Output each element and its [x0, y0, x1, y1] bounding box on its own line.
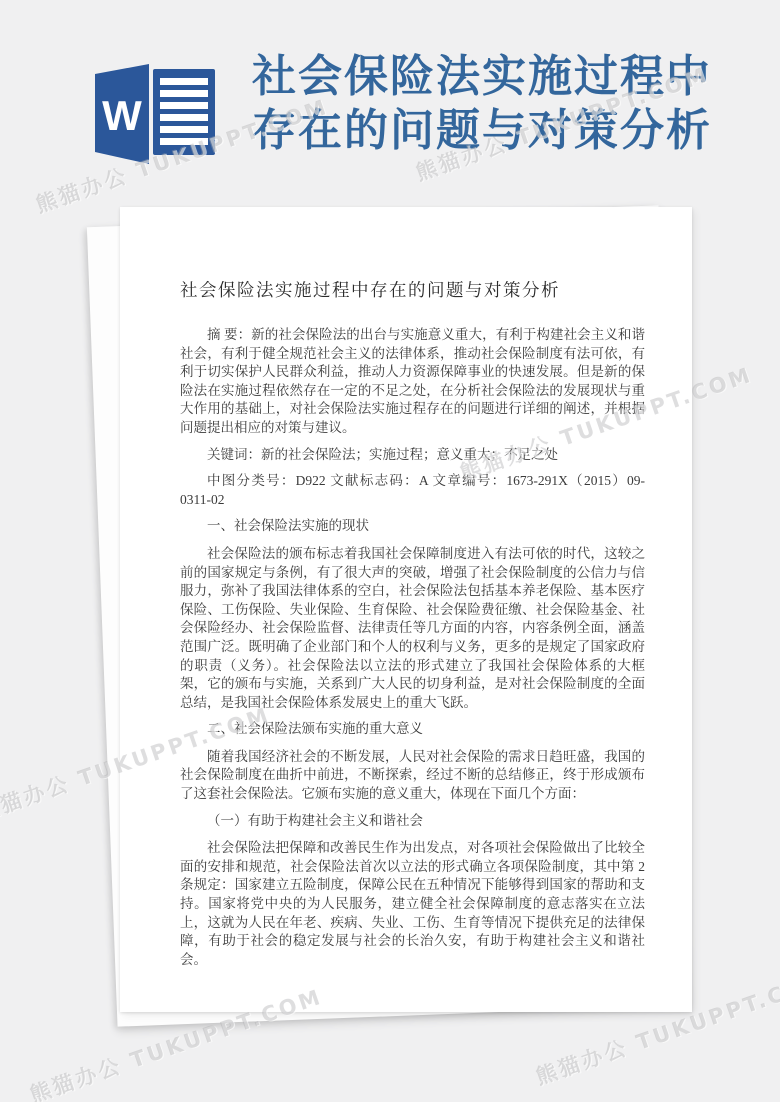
word-icon-letter: W	[102, 92, 142, 139]
document-body: 社会保险法实施过程中存在的问题与对策分析 摘 要：新的社会保险法的出台与实施意义…	[120, 207, 692, 969]
document-title: 社会保险法实施过程中存在的问题与对策分析	[180, 277, 645, 302]
doc-paragraph-keywords: 关键词：新的社会保险法；实施过程；意义重大；不足之处	[180, 446, 645, 465]
header-title-line1: 社会保险法实施过程中	[252, 50, 722, 104]
doc-paragraph: 随着我国经济社会的不断发展，人民对社会保险的需求日趋旺盛，我国的社会保险制度在曲…	[180, 748, 645, 804]
doc-heading-section-1: 一、社会保险法实施的现状	[180, 517, 645, 536]
page-header: W 社会保险法实施过程中 存在的问题与对策分析	[0, 0, 780, 180]
paper-sheet: 社会保险法实施过程中存在的问题与对策分析 摘 要：新的社会保险法的出台与实施意义…	[120, 207, 692, 1012]
doc-paragraph-classification: 中图分类号：D922 文献标志码：A 文章编号：1673-291X（2015）0…	[180, 472, 645, 509]
header-title: 社会保险法实施过程中 存在的问题与对策分析	[252, 50, 722, 158]
doc-paragraph: 社会保险法的颁布标志着我国社会保障制度进入有法可依的时代，这较之前的国家规定与条…	[180, 545, 645, 712]
doc-paragraph-abstract: 摘 要：新的社会保险法的出台与实施意义重大，有利于构建社会主义和谐社会，有利于健…	[180, 326, 645, 438]
doc-heading-section-2: 二、社会保险法颁布实施的重大意义	[180, 720, 645, 739]
doc-heading-subsection-1: （一）有助于构建社会主义和谐社会	[180, 812, 645, 831]
doc-paragraph: 社会保险法把保障和改善民生作为出发点，对各项社会保险做出了比较全面的安排和规范，…	[180, 839, 645, 969]
word-icon: W	[95, 60, 217, 168]
header-title-line2: 存在的问题与对策分析	[252, 104, 722, 158]
page-background: { "header": { "icon_letter": "W", "icon_…	[0, 0, 780, 1102]
